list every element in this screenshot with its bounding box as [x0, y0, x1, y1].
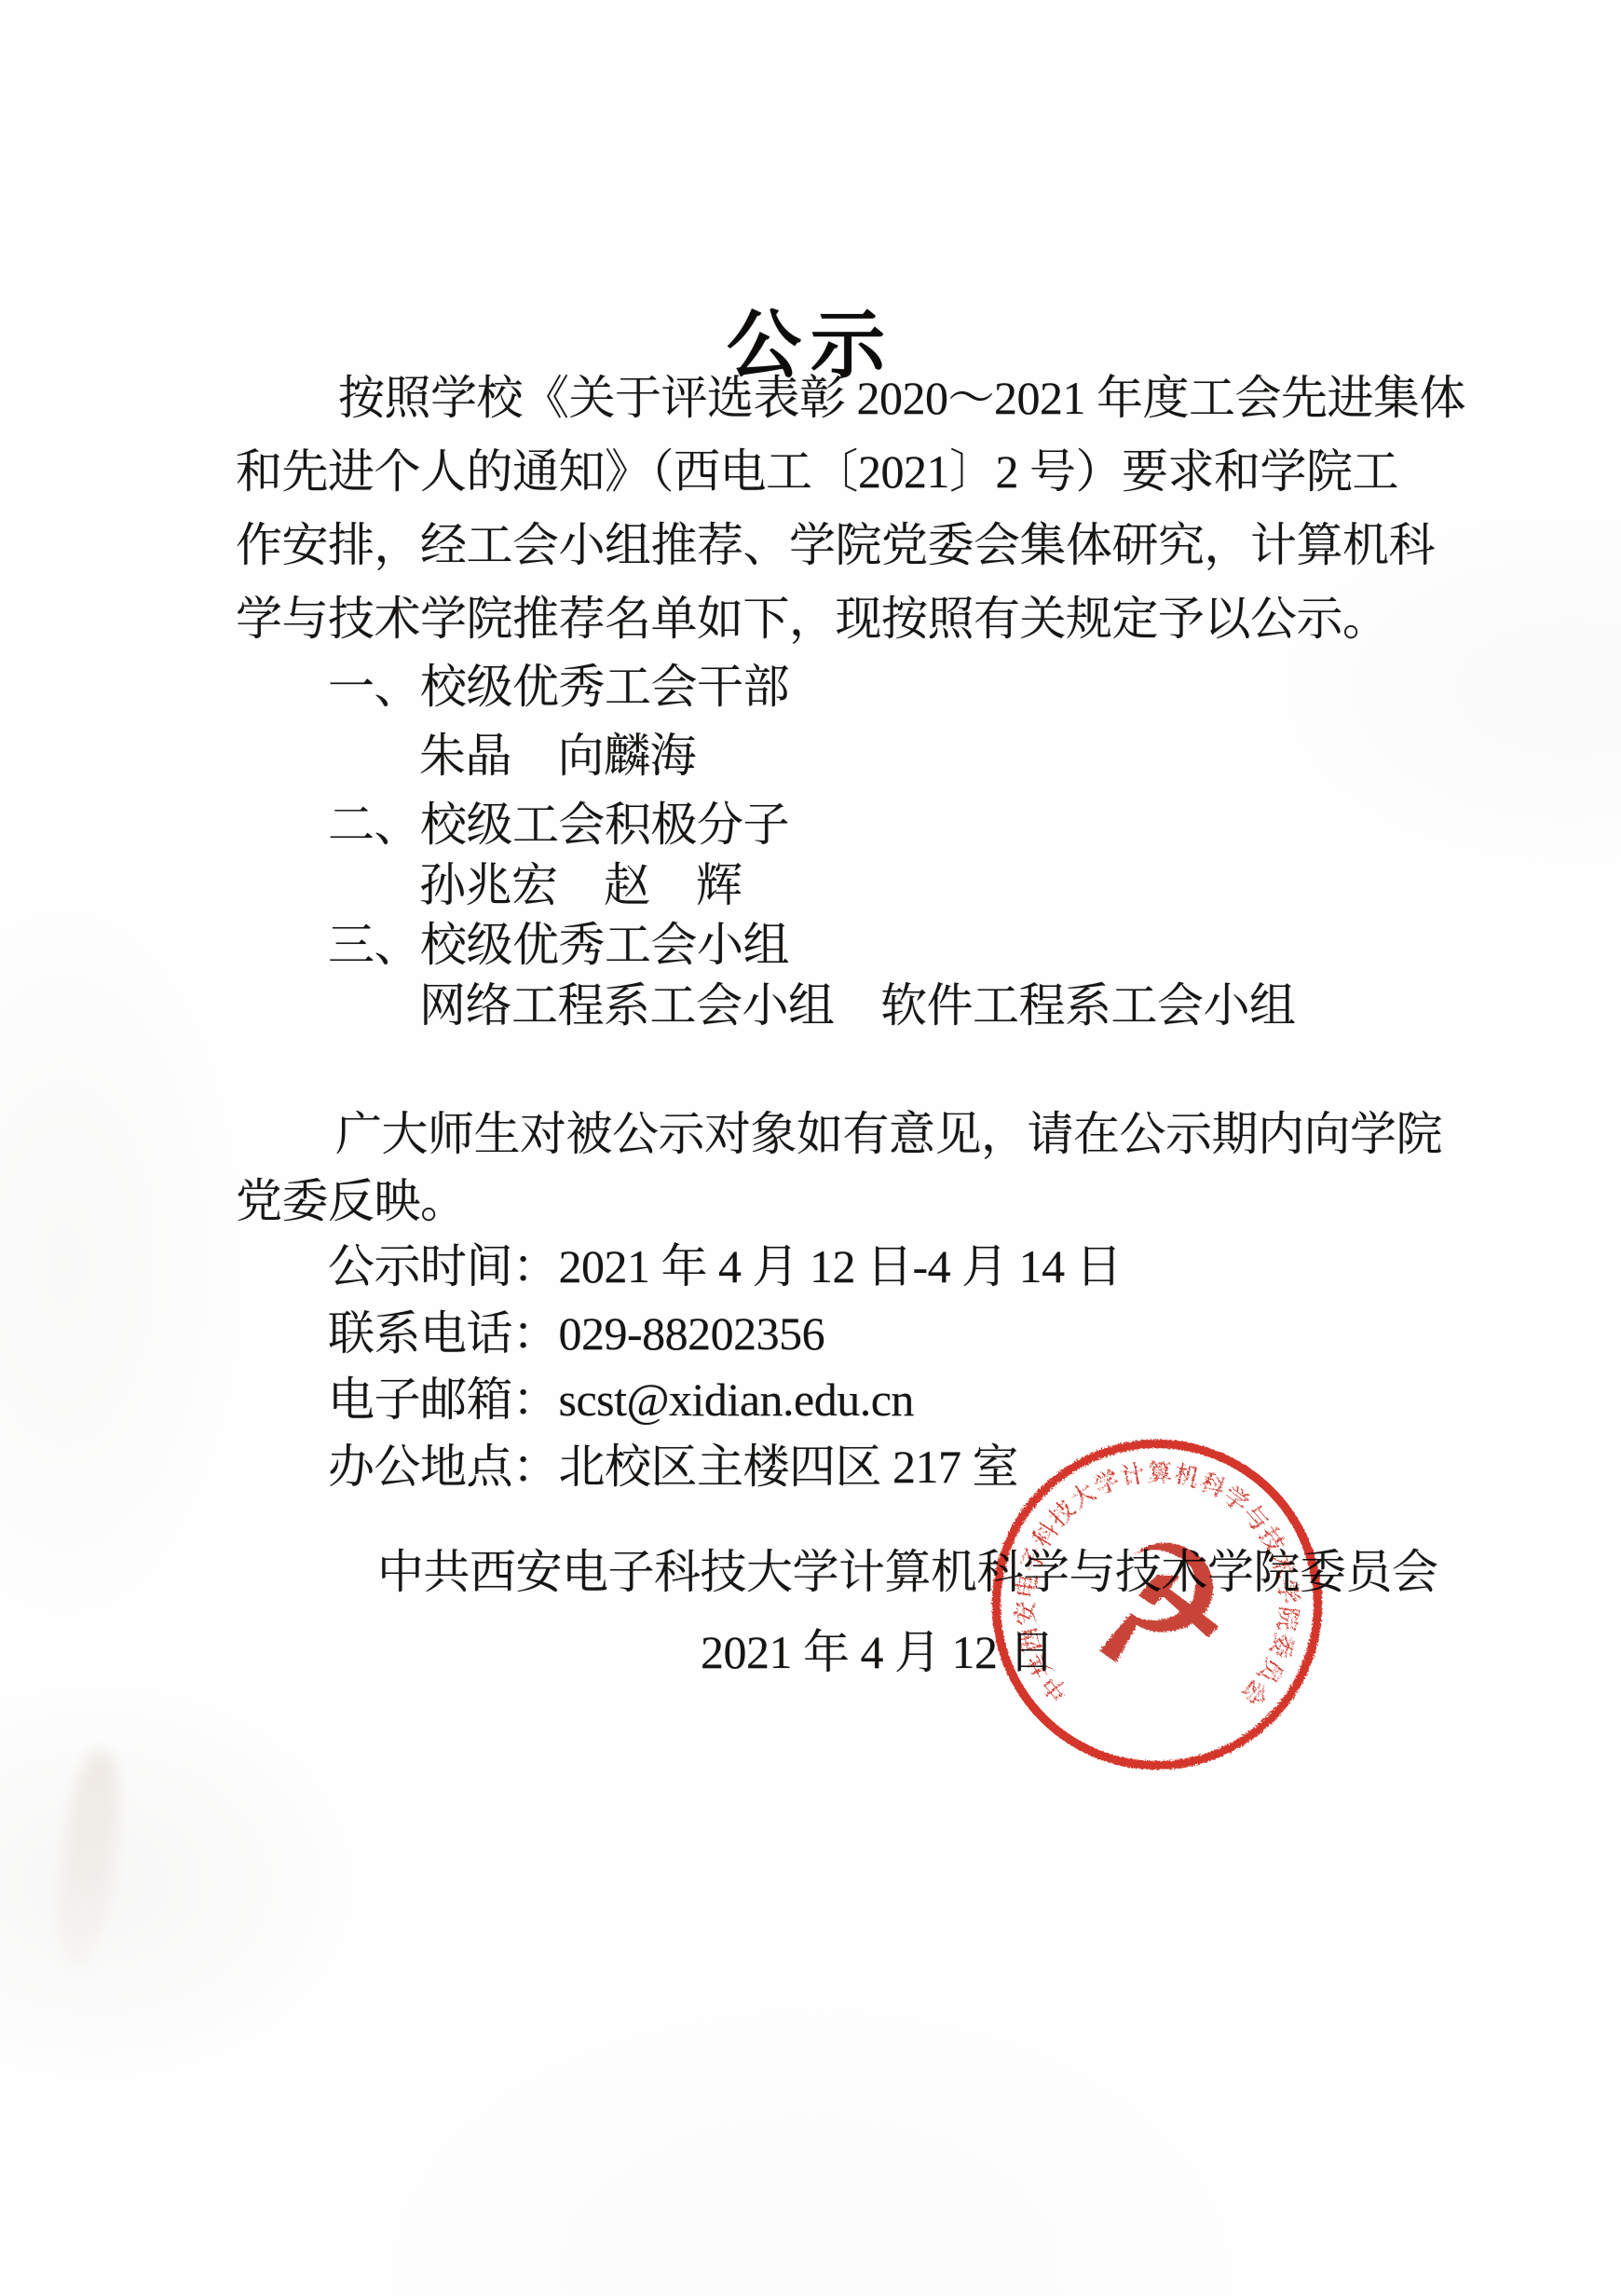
award3-names: 网络工程系工会小组 软件工程系工会小组 [419, 978, 1296, 1033]
award3-header: 三、校级优秀工会小组 [328, 918, 789, 973]
official-red-stamp: 中共西安电子科技大学计算机科学与技术学院委员会 ☭ [984, 1431, 1330, 1778]
para1-line1: 按照学校《关于评选表彰 2020～2021 年度工会先进集体 [338, 371, 1465, 426]
email-line: 电子邮箱：scst@xidian.edu.cn [328, 1373, 914, 1428]
hammer-sickle-icon: ☭ [1085, 1511, 1232, 1701]
award1-names: 朱晶 向麟海 [419, 729, 696, 784]
paper-crease-artifact [50, 1750, 127, 1969]
para2-line1: 广大师生对被公示对象如有意见，请在公示期内向学院 [335, 1107, 1442, 1162]
para1-line2: 和先进个人的通知》（西电工〔2021〕2 号）要求和学院工 [236, 444, 1398, 499]
award2-header: 二、校级工会积极分子 [328, 798, 789, 853]
award2-names: 孙兆宏 赵 辉 [419, 858, 742, 913]
award1-header: 一、校级优秀工会干部 [328, 660, 789, 715]
para1-line3: 作安排，经工会小组推荐、学院党委会集体研究，计算机科 [236, 518, 1435, 573]
office-location-line: 办公地点：北校区主楼四区 217 室 [328, 1440, 1018, 1495]
para1-line4: 学与技术学院推荐名单如下，现按照有关规定予以公示。 [236, 592, 1389, 647]
scanned-announcement-page: { "doc": { "title": "公示", "para1": [ "按照… [0, 0, 1621, 2296]
phone-line: 联系电话：029-88202356 [328, 1306, 824, 1361]
publicity-period-line: 公示时间：2021 年 4 月 12 日-4 月 14 日 [328, 1239, 1122, 1294]
para2-line2: 党委反映。 [236, 1174, 467, 1229]
